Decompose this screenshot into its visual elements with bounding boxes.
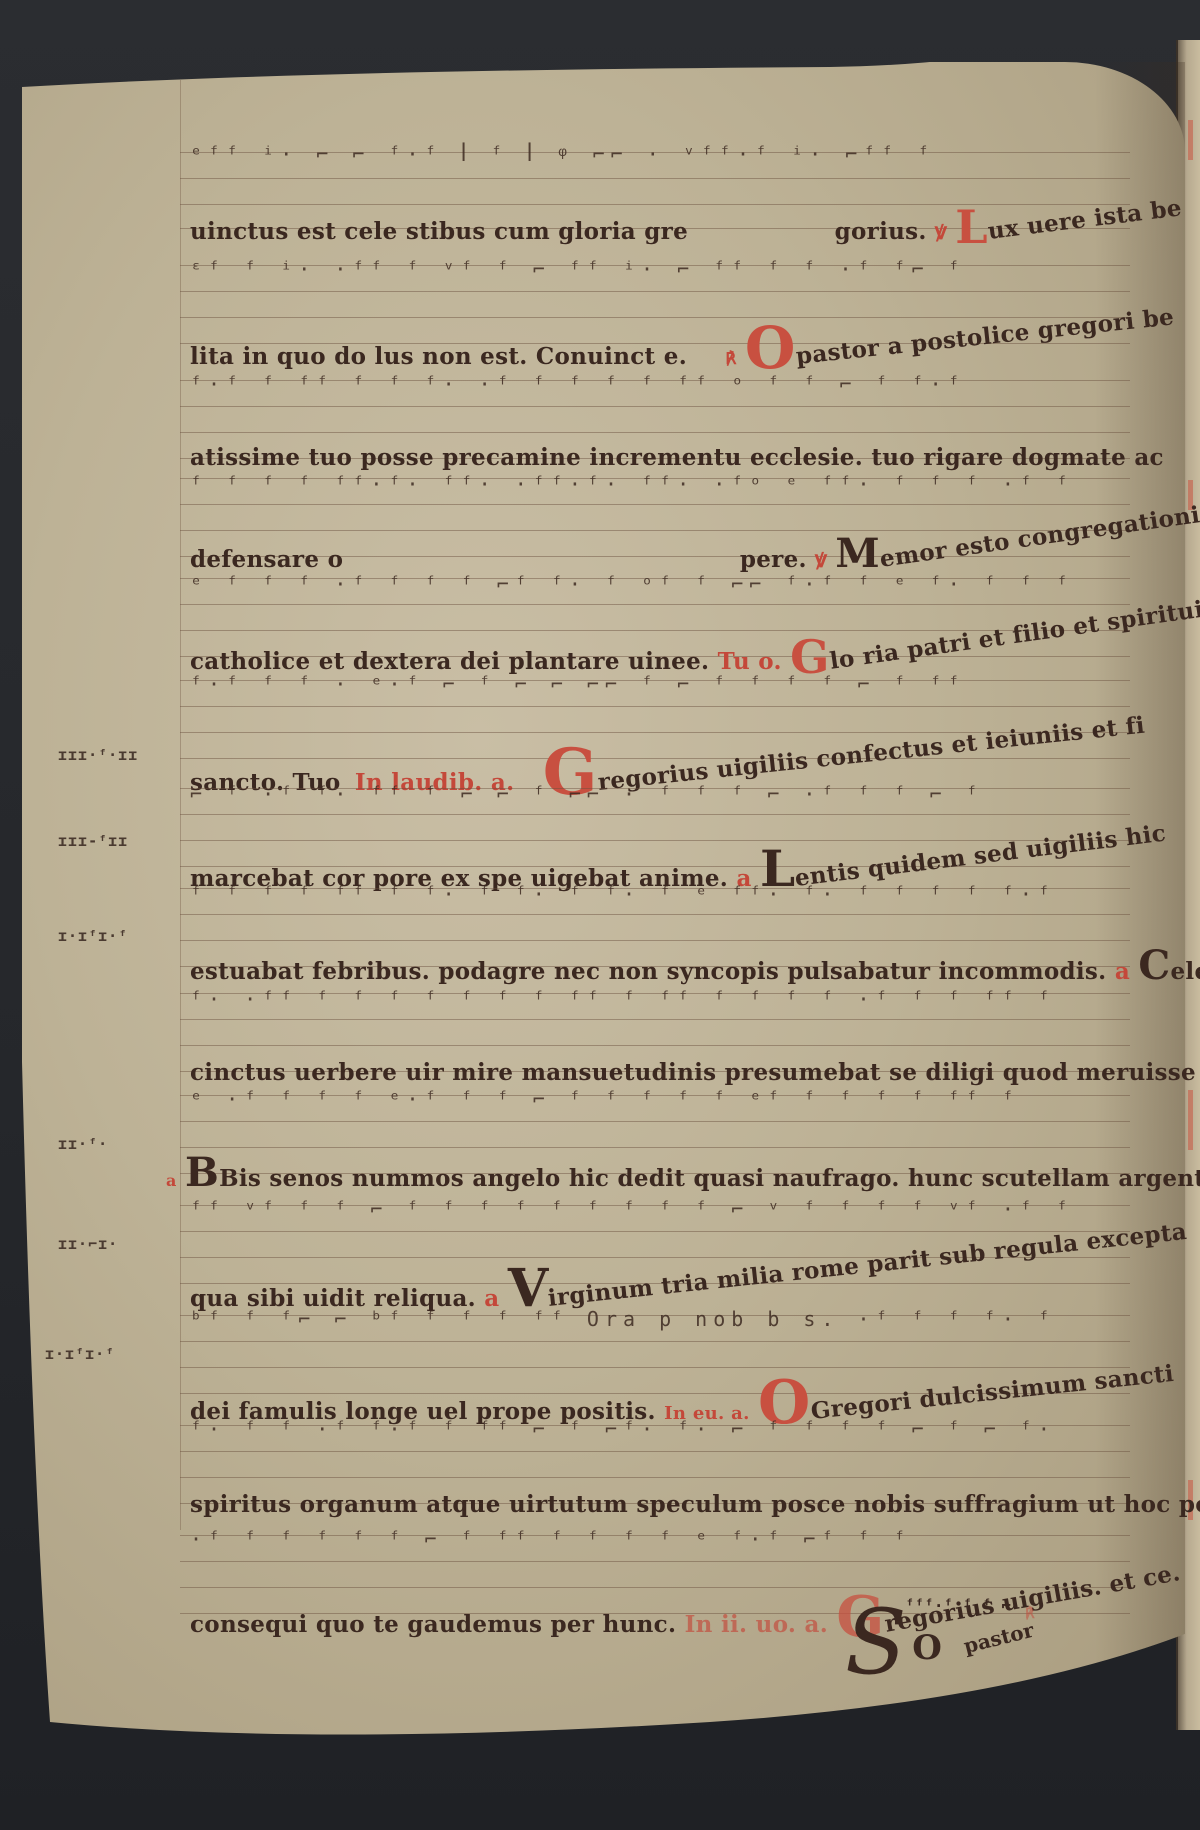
margin-note: ɪɪ·⌐ɪ· [58, 1235, 118, 1253]
chant-line-6: ᶠ·ᶠ ᶠ ᶠ · ᵉ·ᶠ ⌐ ᶠ ⌐ ⌐ ⌐⌐ ᶠ ⌐ ᶠ ᶠ ᶠ ᶠ ⌐ ᶠ… [190, 670, 1070, 790]
chant-line-10: ᵉ ·ᶠ ᶠ ᶠ ᶠ ᵉ·ᶠ ᶠ ᶠ ⌐ ᶠ ᶠ ᶠ ᶠ ᶠ ᵉᶠ ᶠ ᶠ ᶠ … [190, 1085, 1070, 1205]
responsory-mark: ℟ [725, 349, 736, 368]
neume-row: ᵉ ·ᶠ ᶠ ᶠ ᶠ ᵉ·ᶠ ᶠ ᶠ ⌐ ᶠ ᶠ ᶠ ᶠ ᶠ ᵉᶠ ᶠ ᶠ ᶠ … [190, 1087, 1070, 1127]
neume-row: ᵉᶠᶠ ⁱ· ⌐ ⌐ ᶠ·ᶠ ꟾ ᶠ ꟾ ᵠ ⌐⌐ · ᵛᶠᶠ·ᶠ ⁱ· ⌐ᶠᶠ… [190, 142, 1070, 182]
chant-line-4: ᶠ ᶠ ᶠ ᶠ ᶠᶠ·ᶠ· ᶠᶠ· ·ᶠᶠ·ᶠ· ᶠᶠ· ·ᶠᵒ ᵉ ᶠᶠ· ᶠ… [190, 470, 1070, 580]
chant-line-11: ᶠᶠ ᵛᶠ ᶠ ᶠ ⌐ ᶠ ᶠ ᶠ ᶠ ᶠ ᶠ ᶠ ᶠ ᶠ ⌐ ᵛ ᶠ ᶠ ᶠ … [190, 1195, 1070, 1315]
chant-text: cinctus uerbere uir mire mansuetudinis p… [190, 1059, 1200, 1086]
facing-rubric-mark [1188, 1090, 1193, 1150]
neume-row: ·ᶠ ᶠ ᶠ ᶠ ᶠ ᶠ ⌐ ᶠ ᶠᶠ ᶠ ᶠ ᶠ ᶠ ᵉ ᶠ·ᶠ ⌐ᶠ ᶠ ᶠ [190, 1527, 1070, 1567]
margin-note: ɪɪɪ-ᶠɪɪ [58, 832, 128, 850]
chant-text: atissime tuo posse precamine incrementu … [190, 444, 1164, 471]
neume-row: ᶠ ᶠ ᶠ ᶠ ᶠᶠ ᶠ ᶠ· ᶠ ᶠ· ᶠ ᶠ· ᶠ ᵉ ᶠᶠ· ᶠ· ᶠ ᶠ… [190, 882, 1070, 922]
initial-L: L [955, 200, 988, 254]
chant-text: spiritus organum atque uirtutum speculum… [190, 1491, 1200, 1518]
chant-line-2: ᵋᶠ ᶠ ⁱ· ·ᶠᶠ ᶠ ᵛᶠ ᶠ ⌐ ᶠᶠ ⁱ· ⌐ ᶠᶠ ᶠ ᶠ ·ᶠ ᶠ… [190, 255, 1070, 375]
ruling-vertical-left [180, 80, 181, 1530]
chant-line-1: ᵉᶠᶠ ⁱ· ⌐ ⌐ ᶠ·ᶠ ꟾ ᶠ ꟾ ᵠ ⌐⌐ · ᵛᶠᶠ·ᶠ ⁱ· ⌐ᶠᶠ… [190, 140, 1070, 260]
chant-line-5: ᵉ ᶠ ᶠ ᶠ ·ᶠ ᶠ ᶠ ᶠ ⌐ᶠ ᶠ· ᶠ ᵒᶠ ᶠ ⌐⌐ ᶠ·ᶠ ᶠ ᵉ… [190, 570, 1070, 680]
neume-row: ᵉ ᶠ ᶠ ᶠ ·ᶠ ᶠ ᶠ ᶠ ⌐ᶠ ᶠ· ᶠ ᵒᶠ ᶠ ⌐⌐ ᶠ·ᶠ ᶠ ᵉ… [190, 572, 1070, 612]
neume-row: ᶠ·ᶠ ᶠ ᶠ · ᵉ·ᶠ ⌐ ᶠ ⌐ ⌐ ⌐⌐ ᶠ ⌐ ᶠ ᶠ ᶠ ᶠ ⌐ ᶠ… [190, 672, 1070, 712]
neume-row: ᵋᶠ ᶠ ⁱ· ·ᶠᶠ ᶠ ᵛᶠ ᶠ ⌐ ᶠᶠ ⁱ· ⌐ ᶠᶠ ᶠ ᶠ ·ᶠ ᶠ… [190, 257, 1070, 297]
chant-line-8: ᶠ ᶠ ᶠ ᶠ ᶠᶠ ᶠ ᶠ· ᶠ ᶠ· ᶠ ᶠ· ᶠ ᵉ ᶠᶠ· ᶠ· ᶠ ᶠ… [190, 880, 1070, 990]
neume-row: ᶠ ᶠ ᶠ ᶠ ᶠᶠ·ᶠ· ᶠᶠ· ·ᶠᶠ·ᶠ· ᶠᶠ· ·ᶠᵒ ᵉ ᶠᶠ· ᶠ… [190, 472, 1070, 512]
chant-text: estuabat febribus. podagre nec non synco… [190, 954, 1200, 985]
rubric-in-ii-vesperis: In ii. uo. a. [685, 1611, 828, 1638]
chant-line-13: ᶠ· ᶠ ᶠ ·ᶠ ᶠ·ᶠ ᶠ ᶠᶠ ⌐ ᶠ ⌐ᶠ· ᶠ· ⌐ ᶠ ᶠ ᶠ ᶠ … [190, 1415, 1070, 1535]
versicle-mark: ꝟ [815, 546, 827, 573]
neume-row: ᶠᶠᶠ·ᶠ ᶠ ᶠ ⌐ [905, 1596, 1011, 1615]
versicle-mark: ꝟ [935, 218, 947, 245]
neume-row: ᶠ· ᶠ ᶠ ·ᶠ ᶠ·ᶠ ᶠ ᶠᶠ ⌐ ᶠ ⌐ᶠ· ᶠ· ⌐ ᶠ ᶠ ᶠ ᶠ … [190, 1417, 1070, 1457]
margin-note: ɪ·ɪᶠɪ·ᶠ [58, 927, 128, 945]
margin-note: ɪɪɪ·ᶠ·ɪɪ [58, 746, 138, 764]
neume-row: ⌐ ᶠ ·ᶠ ᶠ· ᶠᶠ ᶠ ⌐ ⌐ ᶠ ⌐⌐ · ᶠ ᶠ ᶠ ⌐ ·ᶠ ᶠ ᶠ… [190, 782, 1070, 822]
antiphon-mark: a [1115, 958, 1130, 985]
initial-S: S [845, 1590, 907, 1695]
margin-note: ɪ·ɪᶠɪ·ᶠ [45, 1345, 115, 1363]
bottom-addition: S O ᶠᶠᶠ·ᶠ ᶠ ᶠ ⌐ pastor ℟ [845, 1590, 942, 1695]
neume-row: ᶠᶠ ᵛᶠ ᶠ ᶠ ⌐ ᶠ ᶠ ᶠ ᶠ ᶠ ᶠ ᶠ ᶠ ᶠ ⌐ ᵛ ᶠ ᶠ ᶠ … [190, 1197, 1070, 1237]
antiphon-mark: a [166, 1171, 177, 1190]
chant-line-7: ⌐ ᶠ ·ᶠ ᶠ· ᶠᶠ ᶠ ⌐ ⌐ ᶠ ⌐⌐ · ᶠ ᶠ ᶠ ⌐ ·ᶠ ᶠ ᶠ… [190, 780, 1070, 890]
chant-line-12: ᵇᶠ ᶠ ᶠ⌐ ⌐ ᵇᶠ ᶠ ᶠ ᶠ ᶠᶠ Ora p nob b s. ·ᶠ … [190, 1305, 1070, 1425]
chant-line-9: ᶠ· ·ᶠᶠ ᶠ ᶠ ᶠ ᶠ ᶠ ᶠ ᶠ ᶠᶠ ᶠ ᶠᶠ ᶠ ᶠ ᶠ ᶠ ·ᶠ … [190, 985, 1070, 1095]
margin-note: ɪɪ·ᶠ· [58, 1135, 108, 1153]
initial-C: C [1138, 942, 1170, 989]
neume-row: ᵇᶠ ᶠ ᶠ⌐ ⌐ ᵇᶠ ᶠ ᶠ ᶠ ᶠᶠ Ora p nob b s. ·ᶠ … [190, 1307, 1070, 1347]
neume-row: ᶠ· ·ᶠᶠ ᶠ ᶠ ᶠ ᶠ ᶠ ᶠ ᶠ ᶠᶠ ᶠ ᶠᶠ ᶠ ᶠ ᶠ ᶠ ·ᶠ … [190, 987, 1070, 1027]
facing-rubric-mark [1188, 120, 1193, 160]
chant-line-3: ᶠ·ᶠ ᶠ ᶠᶠ ᶠ ᶠ ᶠ· ·ᶠ ᶠ ᶠ ᶠ ᶠ ᶠᶠ ᵒ ᶠ ᶠ ⌐ ᶠ … [190, 370, 1070, 480]
chant-text: lita in quo do lus non est. Conuinct e. … [190, 331, 1176, 370]
initial-B: B [185, 1149, 219, 1196]
neume-row: ᶠ·ᶠ ᶠ ᶠᶠ ᶠ ᶠ ᶠ· ·ᶠ ᶠ ᶠ ᶠ ᶠ ᶠᶠ ᵒ ᶠ ᶠ ⌐ ᶠ … [190, 372, 1070, 412]
chant-text: uinctus est cele stibus cum gloria gre g… [190, 214, 1183, 246]
chant-text: a BBis senos nummos angelo hic dedit qua… [166, 1161, 1200, 1192]
